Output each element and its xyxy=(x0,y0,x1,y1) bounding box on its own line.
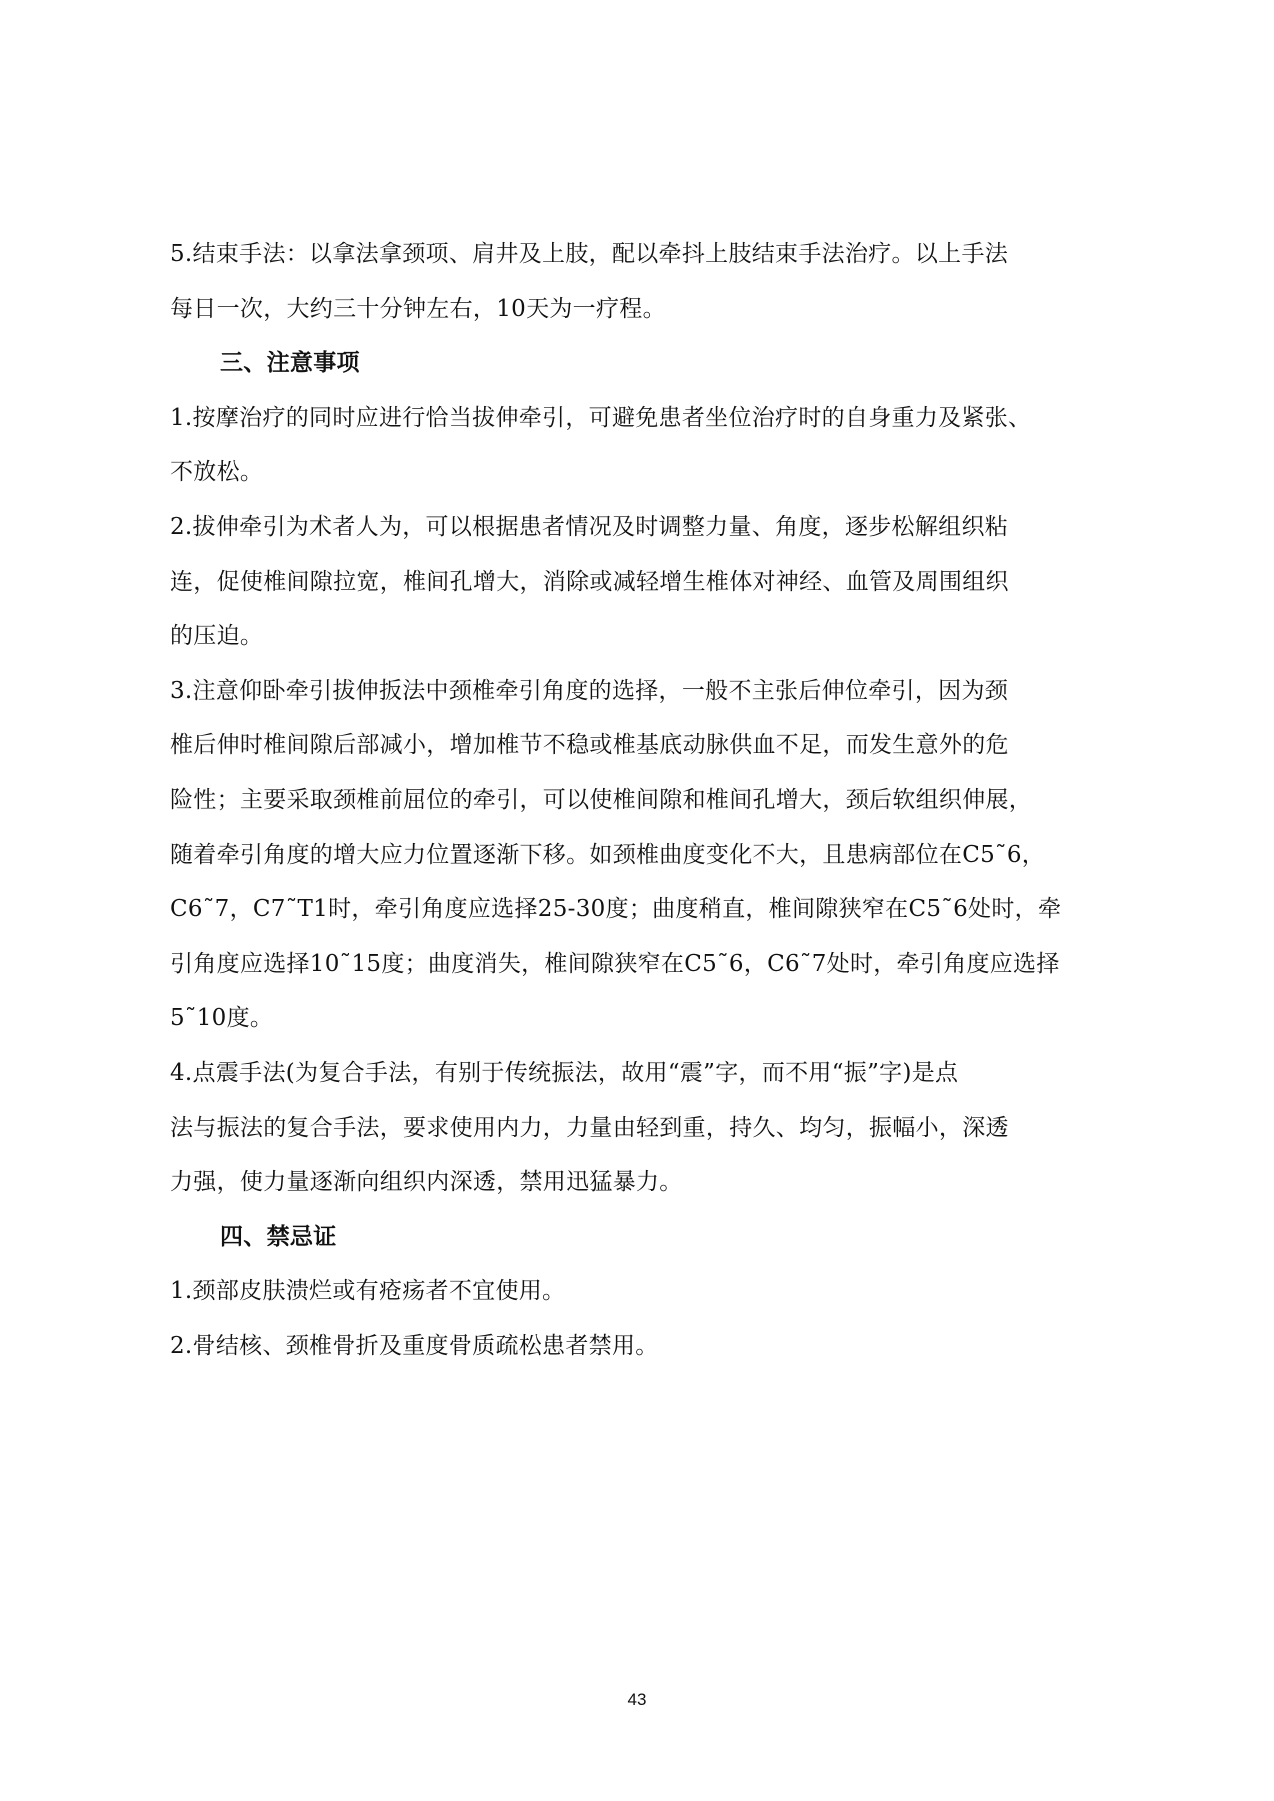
paragraph-line: 5˜10度。 xyxy=(170,1000,1125,1055)
page-body: 5.结束手法：以拿法拿颈项、肩井及上肢，配以牵抖上肢结束手法治疗。以上手法 每日… xyxy=(170,236,1125,1382)
paragraph-line: 3.注意仰卧牵引拔伸扳法中颈椎牵引角度的选择，一般不主张后伸位牵引，因为颈 xyxy=(170,673,1125,728)
section-heading: 四、禁忌证 xyxy=(170,1219,1125,1274)
paragraph-line: 5.结束手法：以拿法拿颈项、肩井及上肢，配以牵抖上肢结束手法治疗。以上手法 xyxy=(170,236,1125,291)
paragraph-line: 随着牵引角度的增大应力位置逐渐下移。如颈椎曲度变化不大，且患病部位在C5˜6， xyxy=(170,837,1125,892)
paragraph-line: 不放松。 xyxy=(170,454,1125,509)
paragraph-line: 法与振法的复合手法，要求使用内力，力量由轻到重，持久、均匀，振幅小，深透 xyxy=(170,1110,1125,1165)
paragraph-line: 险性；主要采取颈椎前屈位的牵引，可以使椎间隙和椎间孔增大，颈后软组织伸展， xyxy=(170,782,1125,837)
paragraph-line: 2.拔伸牵引为术者人为，可以根据患者情况及时调整力量、角度，逐步松解组织粘 xyxy=(170,509,1125,564)
paragraph-line: 4.点震手法(为复合手法，有别于传统振法，故用“震”字，而不用“振”字)是点 xyxy=(170,1055,1125,1110)
paragraph-line: 2.骨结核、颈椎骨折及重度骨质疏松患者禁用。 xyxy=(170,1328,1125,1383)
paragraph-line: 1.颈部皮肤溃烂或有疮疡者不宜使用。 xyxy=(170,1273,1125,1328)
paragraph-line: 引角度应选择10˜15度；曲度消失，椎间隙狭窄在C5˜6，C6˜7处时，牵引角度… xyxy=(170,946,1125,1001)
paragraph-line: 连，促使椎间隙拉宽，椎间孔增大，消除或减轻增生椎体对神经、血管及周围组织 xyxy=(170,564,1125,619)
paragraph-line: 力强，使力量逐渐向组织内深透，禁用迅猛暴力。 xyxy=(170,1164,1125,1219)
paragraph-line: 椎后伸时椎间隙后部减小，增加椎节不稳或椎基底动脉供血不足，而发生意外的危 xyxy=(170,727,1125,782)
section-heading: 三、注意事项 xyxy=(170,345,1125,400)
paragraph-line: 1.按摩治疗的同时应进行恰当拔伸牵引，可避免患者坐位治疗时的自身重力及紧张、 xyxy=(170,400,1125,455)
document-page: 5.结束手法：以拿法拿颈项、肩井及上肢，配以牵抖上肢结束手法治疗。以上手法 每日… xyxy=(0,0,1274,1801)
paragraph-line: C6˜7，C7˜T1时，牵引角度应选择25-30度；曲度稍直，椎间隙狭窄在C5˜… xyxy=(170,891,1125,946)
paragraph-line: 的压迫。 xyxy=(170,618,1125,673)
page-number: 43 xyxy=(0,1690,1274,1710)
paragraph-line: 每日一次，大约三十分钟左右，10天为一疗程。 xyxy=(170,291,1125,346)
